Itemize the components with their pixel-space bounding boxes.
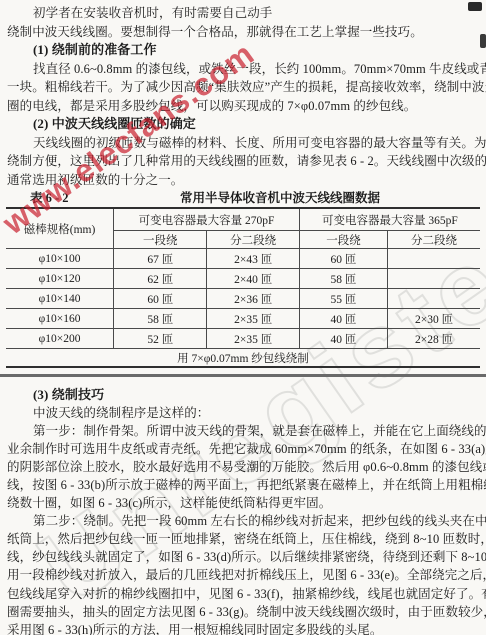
text-line: 的阴影部位涂上胶水，胶水最好选用不易受潮的万能胶。然后用 φ0.6~0.8mm … bbox=[0, 458, 486, 476]
cell-turns: 2×36 匝 bbox=[207, 289, 299, 309]
cell-turns: 55 匝 bbox=[299, 289, 387, 309]
text-line: 包线线尾穿入对折的棉纱线圈扣中，见图 6 - 33(f)，抽紧棉纱线，线尾也就固… bbox=[0, 585, 486, 603]
table-footer-note: 用 7×φ0.07mm 纱包线绕制 bbox=[6, 349, 480, 368]
antenna-coil-data-table: 表 6 - 2 常用半导体收音机中波天线线圈数据 磁棒规格(mm) 可变电容器最… bbox=[6, 190, 480, 368]
col-subheader-single: 一段绕 bbox=[114, 231, 207, 249]
cell-turns: 40 匝 bbox=[299, 329, 387, 349]
text-line: 中波天线的绕制程序是这样的： bbox=[0, 404, 486, 422]
table-row: φ10×140 60 匝 2×36 匝 55 匝 bbox=[6, 289, 480, 309]
scan-artifact bbox=[468, 2, 482, 11]
text-line: 线，按图 6 - 33(b)所示放于磁棒的两平面上，再把纸紧裹在磁棒上，并在纸筒… bbox=[0, 476, 486, 494]
cell-turns: 2×28 匝 bbox=[388, 329, 480, 349]
text-line: 圈的电线，都是采用多股纱包线，可以购买现成的 7×φ0.07mm 的纱包线。 bbox=[0, 97, 486, 116]
text-line: 绕制方便，这里列出了几种常用的天线线圈的匝数，请参见表 6 - 2。天线线圈中次… bbox=[0, 152, 486, 171]
text-line: 业余制作时可选用牛皮纸或青壳纸。先把它裁成 60mm×70mm 的纸条，在如图 … bbox=[0, 440, 486, 458]
text-line: 圈需要抽头，抽头的固定方法见图 6 - 33(g)。绕制中波天线线圈次级时，由于… bbox=[0, 603, 486, 621]
table-caption-title: 常用半导体收音机中波天线线圈数据 bbox=[140, 190, 480, 207]
text-line: 第二步：绕制。先把一段 60mm 左右长的棉纱线对折起来，把纱包线的线头夹在中间… bbox=[0, 512, 486, 530]
col-header-group-365pf: 可变电容器最大容量 365pF bbox=[299, 208, 480, 231]
cell-turns: 60 匝 bbox=[299, 249, 387, 269]
cell-turns: 2×35 匝 bbox=[207, 329, 299, 349]
cell-rod-spec: φ10×140 bbox=[6, 289, 114, 309]
cell-turns: 2×30 匝 bbox=[388, 309, 480, 329]
text-line: 天线线圈的初级匝数与磁棒的材料、长度、所用可变电容器的最大容量等有关。为了读者 bbox=[0, 134, 486, 153]
text-line: 找直径 0.6~0.8mm 的漆包线，或铁丝一段，长约 100mm。70mm×7… bbox=[0, 60, 486, 79]
text-line: 第一步：制作骨架。所谓中波天线的骨架，就是套在磁棒上，并能在它上面绕线的纸筒。 bbox=[0, 422, 486, 440]
cell-turns: 2×40 匝 bbox=[207, 269, 299, 289]
table-row: φ10×120 62 匝 2×40 匝 58 匝 bbox=[6, 269, 480, 289]
table-caption-label: 表 6 - 2 bbox=[6, 190, 140, 207]
cell-turns: 60 匝 bbox=[114, 289, 207, 309]
text-line: 初学者在安装收音机时，有时需要自己动手 bbox=[0, 4, 486, 23]
cell-rod-spec: φ10×160 bbox=[6, 309, 114, 329]
horizontal-rule bbox=[0, 374, 486, 377]
table-row: φ10×200 52 匝 2×35 匝 40 匝 2×28 匝 bbox=[6, 329, 480, 349]
col-subheader-split: 分二段绕 bbox=[207, 231, 299, 249]
text-line: 绕制中波天线线圈。要想制得一个合格品，那就得在工艺上掌握一些技巧。 bbox=[0, 23, 486, 42]
text-line: 采用图 6 - 33(h)所示的方法，用一根短棉线同时固定多股线的头尾。 bbox=[0, 621, 486, 635]
cell-turns bbox=[388, 289, 480, 309]
table-row: φ10×100 67 匝 2×43 匝 60 匝 bbox=[6, 249, 480, 269]
cell-turns: 52 匝 bbox=[114, 329, 207, 349]
section-heading-3: (3) 绕制技巧 bbox=[0, 386, 486, 404]
col-header-group-270pf: 可变电容器最大容量 270pF bbox=[114, 208, 300, 231]
text-line: 绕数十圈，如图 6 - 33(c)所示，这样能使纸筒粘得更牢固。 bbox=[0, 494, 486, 512]
cell-turns: 2×43 匝 bbox=[207, 249, 299, 269]
section-heading-2: (2) 中波天线线圈匝数的确定 bbox=[0, 115, 486, 134]
cell-turns: 67 匝 bbox=[114, 249, 207, 269]
cell-rod-spec: φ10×200 bbox=[6, 329, 114, 349]
text-line: 一块。粗棉线若干。为了减少因高频“集肤效应”产生的损耗，提高接收效率，绕制中波天… bbox=[0, 78, 486, 97]
text-line: 线，纱包线线头就固定了，如图 6 - 33(d)所示。以后继续排紧密绕，待绕到还… bbox=[0, 548, 486, 566]
cell-turns: 62 匝 bbox=[114, 269, 207, 289]
col-header-rod-spec: 磁棒规格(mm) bbox=[6, 208, 114, 249]
cell-turns: 2×35 匝 bbox=[207, 309, 299, 329]
col-subheader-split: 分二段绕 bbox=[388, 231, 480, 249]
section-heading-1: (1) 绕制前的准备工作 bbox=[0, 41, 486, 60]
page-content: 初学者在安装收音机时，有时需要自己动手 绕制中波天线线圈。要想制得一个合格品，那… bbox=[0, 0, 486, 635]
cell-turns: 40 匝 bbox=[299, 309, 387, 329]
cell-turns: 58 匝 bbox=[299, 269, 387, 289]
text-line: 纸筒上，然后把纱包线一匝一匝地排紧，密绕在纸筒上，压住棉线，绕到 8~10 匝数… bbox=[0, 530, 486, 548]
cell-turns bbox=[388, 269, 480, 289]
scanned-book-page: Unregistered www.elecfans.com 初学者在安装收音机时… bbox=[0, 0, 486, 635]
scan-artifact bbox=[480, 34, 486, 48]
text-line: 用一段棉纱线对折放入，最后的几匝线把对折棉线压上，见图 6 - 33(e)。全部… bbox=[0, 566, 486, 584]
text-line: 通常选用初级匝数的十分之一。 bbox=[0, 171, 486, 190]
cell-rod-spec: φ10×100 bbox=[6, 249, 114, 269]
table-row: φ10×160 58 匝 2×35 匝 40 匝 2×30 匝 bbox=[6, 309, 480, 329]
section-3: (3) 绕制技巧 中波天线的绕制程序是这样的： 第一步：制作骨架。所谓中波天线的… bbox=[0, 386, 486, 635]
cell-turns bbox=[388, 249, 480, 269]
col-subheader-single: 一段绕 bbox=[299, 231, 387, 249]
cell-turns: 58 匝 bbox=[114, 309, 207, 329]
table-caption: 表 6 - 2 常用半导体收音机中波天线线圈数据 bbox=[6, 190, 480, 207]
cell-rod-spec: φ10×120 bbox=[6, 269, 114, 289]
